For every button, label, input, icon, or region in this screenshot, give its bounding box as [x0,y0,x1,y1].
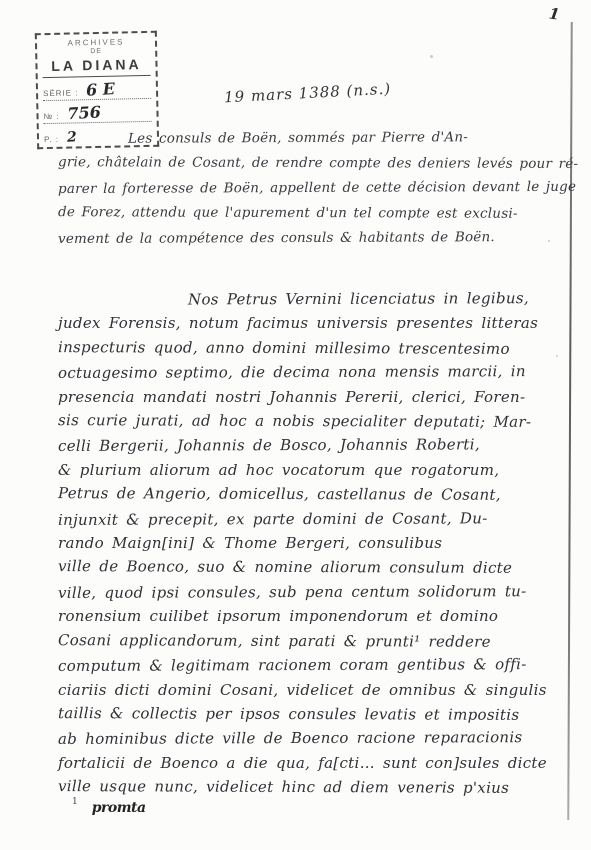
stamp-number-row: № : 756 [43,99,151,124]
latin-line: computum & legitimam racionem coram gent… [58,652,546,678]
latin-line: fortalicii de Boenco a die qua, fa[cti… … [58,751,546,775]
latin-line: sis curie jurati, ad hoc a nobis special… [58,408,546,434]
latin-body-paragraph: Nos Petrus Vernini licenciatus in legibu… [58,287,546,800]
latin-line: ville, quod ipsi consules, sub pena cent… [58,579,546,605]
latin-line: presencia mandati nostri Johannis Pereri… [58,385,546,409]
scan-speck [548,240,550,242]
summary-line: parer la forteresse de Boën, appellent d… [58,175,542,202]
stamp-number-label: № : [43,112,59,123]
latin-line: ab hominibus dicte ville de Boenco racio… [58,725,546,751]
latin-line: ronensium cuilibet ipsorum imponendorum … [58,604,546,628]
latin-line: inspecturis quod, anno domini millesimo … [58,335,546,361]
summary-line: de Forez, attendu que l'apurement d'un t… [58,200,542,227]
stamp-serie-row: SÉRIE : 6 E [43,76,151,101]
latin-line: judex Forensis, notum facimus universis … [58,311,546,335]
manuscript-page: ARCHIVES DE LA DIANA SÉRIE : 6 E № : 756… [0,0,591,850]
latin-line: octuagesimo septimo, die decima nona men… [58,359,546,385]
stamp-serie-value: 6 E [86,79,116,100]
summary-line: Les consuls de Boën, sommés par Pierre d… [58,125,542,152]
latin-line: taillis & collectis per ipsos consules l… [58,701,546,727]
stamp-number-value: 756 [67,102,101,123]
latin-line: Petrus de Angerio, domicellus, castellan… [58,481,546,507]
scan-speck [556,355,558,357]
french-summary-paragraph: Les consuls de Boën, sommés par Pierre d… [58,126,542,251]
latin-line: & plurium aliorum ad hoc vocatorum que r… [58,458,546,482]
stamp-la-diana-text: LA DIANA [42,56,150,78]
latin-line: celli Bergerii, Johannis de Bosco, Johan… [58,433,546,459]
latin-line: ville de Boenco, suo & nomine aliorum co… [58,555,546,581]
latin-line: rando Maign[ini] & Thome Bergeri, consul… [58,531,546,555]
scan-edge-line [567,22,572,820]
latin-line: ciariis dicti domini Cosani, videlicet d… [58,678,546,702]
latin-line: injunxit & precepit, ex parte domini de … [58,506,546,532]
scan-speck [430,55,433,58]
latin-line: Nos Petrus Vernini licenciatus in legibu… [58,286,546,312]
page-number: 1 [548,4,561,23]
footnote: 1promta [72,797,146,816]
stamp-de-text: DE [42,47,150,56]
footnote-word: promta [92,800,146,816]
date-heading: 19 mars 1388 (n.s.) [224,80,392,107]
stamp-serie-label: SÉRIE : [43,88,79,100]
summary-line: grie, châtelain de Cosant, de rendre com… [58,150,542,177]
stamp-p-label: P. : [44,135,59,146]
summary-line: vement de la compétence des consuls & ha… [58,225,542,252]
footnote-marker: 1 [72,797,78,807]
latin-line: Cosani applicandorum, sint parati & prun… [58,628,546,654]
